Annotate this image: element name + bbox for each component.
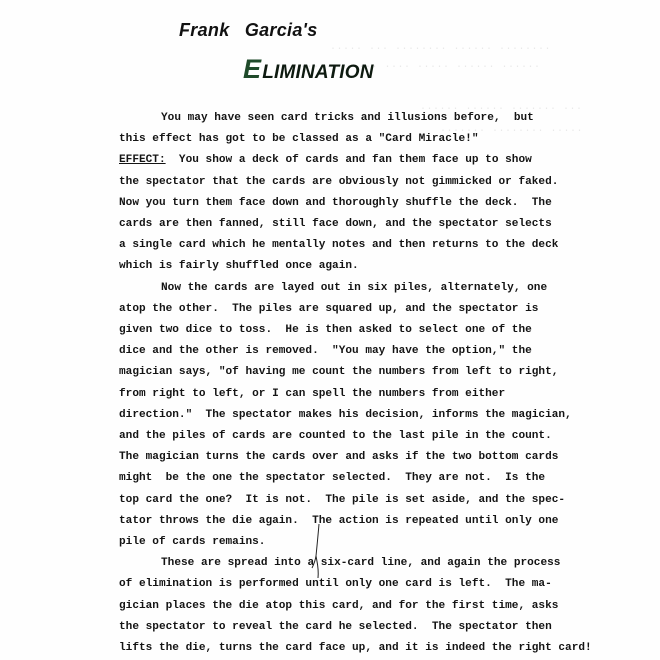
text-line: tator throws the die again. The action i… [119, 511, 659, 532]
effect-line: EFFECT: You show a deck of cards and fan… [119, 150, 659, 171]
text-line: lifts the die, turns the card face up, a… [119, 638, 659, 659]
text-line: pile of cards remains. [119, 532, 659, 553]
text-line: dice and the other is removed. "You may … [119, 341, 659, 362]
text-line: a single card which he mentally notes an… [119, 235, 659, 256]
text-line: the spectator that the cards are obvious… [119, 172, 659, 193]
author-title: Frank Garcia's [179, 20, 318, 41]
text-line: from right to left, or I can spell the n… [119, 384, 659, 405]
text-line: of elimination is performed until only o… [119, 574, 659, 595]
text-line: and the piles of cards are counted to th… [119, 426, 659, 447]
text-line: Now you turn them face down and thorough… [119, 193, 659, 214]
text-line: which is fairly shuffled once again. [119, 256, 659, 277]
bleed-through-text: ..... ... ........ ...... ........ [330, 42, 551, 53]
text-line: direction." The spectator makes his deci… [119, 405, 659, 426]
text-line: the spectator to reveal the card he sele… [119, 617, 659, 638]
effect-label: EFFECT: [119, 154, 166, 166]
text-line: The magician turns the cards over and as… [119, 447, 659, 468]
text-line: given two dice to toss. He is then asked… [119, 320, 659, 341]
document-title: ELIMINATION [243, 54, 374, 85]
text-line: top card the one? It is not. The pile is… [119, 490, 659, 511]
text-line: cards are then fanned, still face down, … [119, 214, 659, 235]
pen-mark-icon [307, 522, 327, 582]
text-line: These are spread into a six-card line, a… [119, 553, 659, 574]
text-line: magician says, "of having me count the n… [119, 362, 659, 383]
document-body: You may have seen card tricks and illusi… [119, 108, 659, 659]
title-rest: LIMINATION [262, 62, 373, 83]
text-line: You may have seen card tricks and illusi… [119, 108, 659, 129]
text-line: Now the cards are layed out in six piles… [119, 278, 659, 299]
title-initial: E [243, 54, 261, 84]
document-page: ..... ... ........ ...... ........ .....… [0, 0, 660, 660]
text-line: atop the other. The piles are squared up… [119, 299, 659, 320]
text-line: You show a deck of cards and fan them fa… [166, 154, 532, 166]
text-line: might be the one the spectator selected.… [119, 468, 659, 489]
text-line: gician places the die atop this card, an… [119, 596, 659, 617]
text-line: this effect has got to be classed as a "… [119, 129, 659, 150]
